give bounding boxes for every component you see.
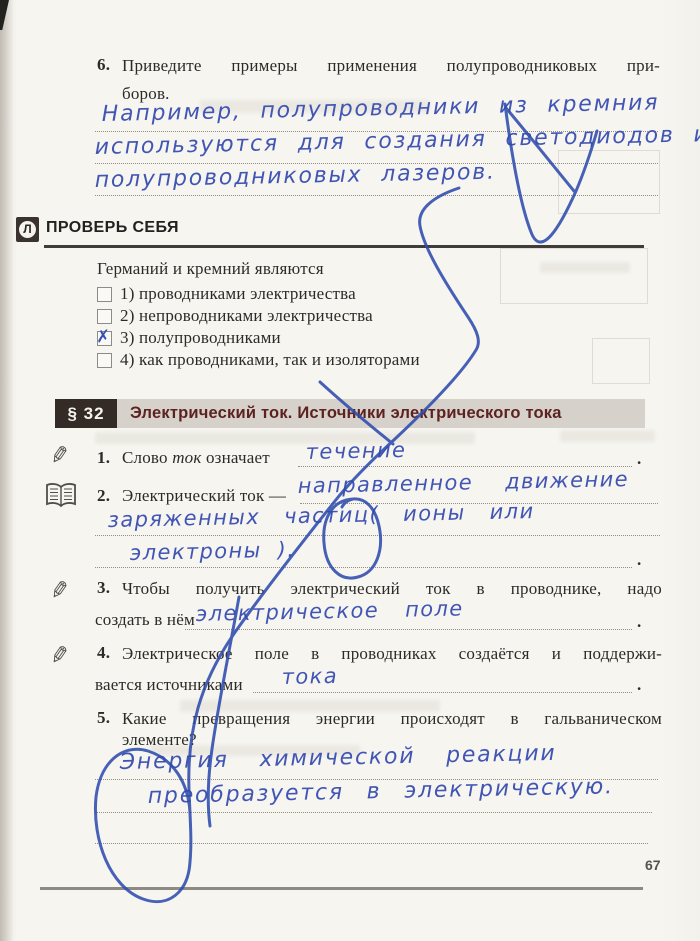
check-question: Германий и кремний являются [97,259,324,279]
section-divider [44,245,644,248]
q4-text-line2: вается источниками [95,675,243,695]
answer-line [95,535,660,536]
pencil-icon: ✎ [48,642,72,671]
bleed-through-box [592,338,650,384]
option-4-checkbox[interactable] [97,353,112,368]
q3-handwritten-answer: электрическое поле [195,596,463,626]
option-3-label: 3) полупроводниками [120,328,281,348]
pencil-icon: ✎ [48,442,72,471]
q3-text-line1: Чтобы получить электрический ток в прово… [122,578,662,599]
q3-number: 3. [97,578,110,598]
sentence-period: . [637,675,641,695]
q6-handwritten-answer: Например, полупроводники из кремния [101,90,659,127]
q6-number: 6. [97,55,110,75]
q1-text-post: означает [202,448,270,467]
q5-text-line2: элементе? [122,730,197,750]
sentence-period: . [637,449,641,469]
q1-text-pre: Слово [122,448,172,467]
bleed-through [560,430,655,442]
book-icon [44,482,78,509]
q4-text-line1: Электрическое поле в проводниках создаёт… [122,643,662,664]
option-3-checkbox[interactable]: ✗ [97,331,112,346]
answer-line [95,812,652,813]
answer-line [253,692,632,693]
option-2-label: 2) непроводниками электричества [120,306,373,326]
answer-line [298,466,632,467]
bleed-through-box [558,150,660,214]
bleed-through [95,432,475,444]
q3-text-line2: создать в нём [95,610,195,630]
sentence-period: . [637,612,641,632]
option-1-checkbox[interactable] [97,287,112,302]
answer-line [95,567,632,568]
check-yourself-icon: Л [16,217,39,242]
q1-text: Слово ток означает [122,448,270,468]
q6-handwritten-answer: полупроводниковых лазеров. [94,160,496,193]
q2-handwritten-answer: электроны ). [129,538,295,565]
icon-letter: Л [16,222,39,236]
q4-number: 4. [97,643,110,663]
workbook-page: 6. Приведите примеры применения полупров… [0,0,700,941]
bleed-through [540,262,630,273]
bottom-rule [40,887,643,890]
q2-text: Электрический ток — [122,486,286,506]
bleed-through-box [500,248,648,304]
sentence-period: . [637,550,641,570]
q5-text-line1: Какие превращения энергии происходят в г… [122,708,662,729]
q4-handwritten-answer: тока [281,664,338,689]
answer-line [185,629,632,630]
page-edge-shadow [0,0,14,941]
q1-number: 1. [97,448,110,468]
option-4-label: 4) как проводниками, так и изоляторами [120,350,420,370]
q1-text-italic: ток [172,448,201,467]
q5-number: 5. [97,708,110,728]
answer-line [95,195,658,196]
section-number-badge: § 32 [55,399,117,428]
q2-handwritten-answer: направленное движение [297,467,629,498]
option-1-label: 1) проводниками электричества [120,284,356,304]
q1-handwritten-answer: течение [305,438,406,464]
q2-number: 2. [97,486,110,506]
checkbox-x-mark: ✗ [95,327,111,348]
option-2-checkbox[interactable] [97,309,112,324]
section-title: Электрический ток. Источники электрическ… [130,404,562,423]
q6-text-line1: Приведите примеры применения полупроводн… [122,55,660,76]
page-number: 67 [645,857,661,873]
answer-line [95,843,648,844]
pencil-icon: ✎ [48,577,72,606]
check-yourself-title: ПРОВЕРЬ СЕБЯ [46,219,179,237]
